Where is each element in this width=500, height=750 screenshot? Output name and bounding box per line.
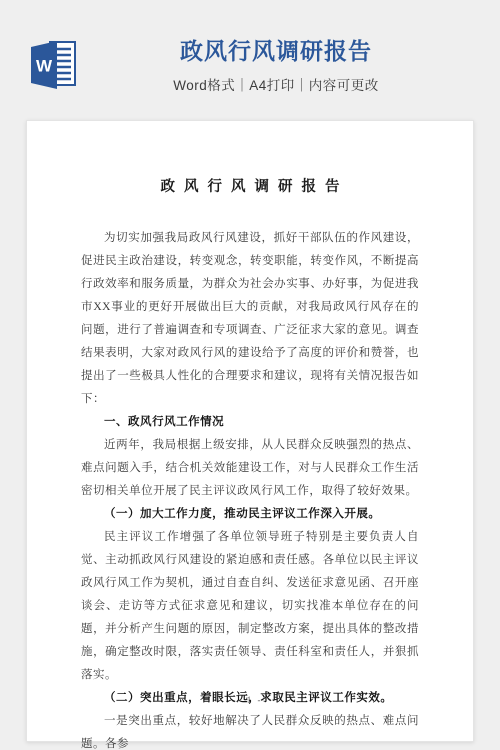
svg-text:W: W [36, 57, 53, 76]
word-file-icon-graphic: W [28, 37, 80, 93]
doc-paragraph: 为切实加强我局政风行风建设，抓好干部队伍的作风建设，促进民主政治建设，转变观念，… [81, 227, 419, 411]
doc-heading: 一、政风行风工作情况 [81, 411, 419, 434]
template-title: 政风行风调研报告 [80, 36, 472, 66]
doc-heading: （一）加大工作力度，推动民主评议工作深入开展。 [81, 503, 419, 526]
document-page: 政风行风调研报告 为切实加强我局政风行风建设，抓好干部队伍的作风建设，促进民主政… [26, 120, 474, 742]
document-title: 政风行风调研报告 [81, 175, 419, 196]
header-text-block: 政风行风调研报告 Word格式｜A4打印｜内容可更改 [80, 36, 482, 94]
word-file-icon: W [28, 37, 80, 93]
document-body: 为切实加强我局政风行风建设，抓好干部队伍的作风建设，促进民主政治建设，转变观念，… [81, 227, 419, 750]
doc-paragraph: 近两年，我局根据上级安排，从人民群众反映强烈的热点、难点问题入手，结合机关效能建… [81, 434, 419, 503]
template-header: W 政风行风调研报告 Word格式｜A4打印｜内容可更改 [0, 0, 500, 120]
document-content: 政风行风调研报告 为切实加强我局政风行风建设，抓好干部队伍的作风建设，促进民主政… [27, 121, 473, 750]
template-subtitle: Word格式｜A4打印｜内容可更改 [80, 74, 472, 94]
page-number: - 1 - [27, 695, 473, 705]
doc-paragraph: 民主评议工作增强了各单位领导班子特别是主要负责人自觉、主动抓政风行风建设的紧迫感… [81, 526, 419, 687]
doc-paragraph: 一是突出重点，较好地解决了人民群众反映的热点、难点问题。各参 [81, 710, 419, 750]
